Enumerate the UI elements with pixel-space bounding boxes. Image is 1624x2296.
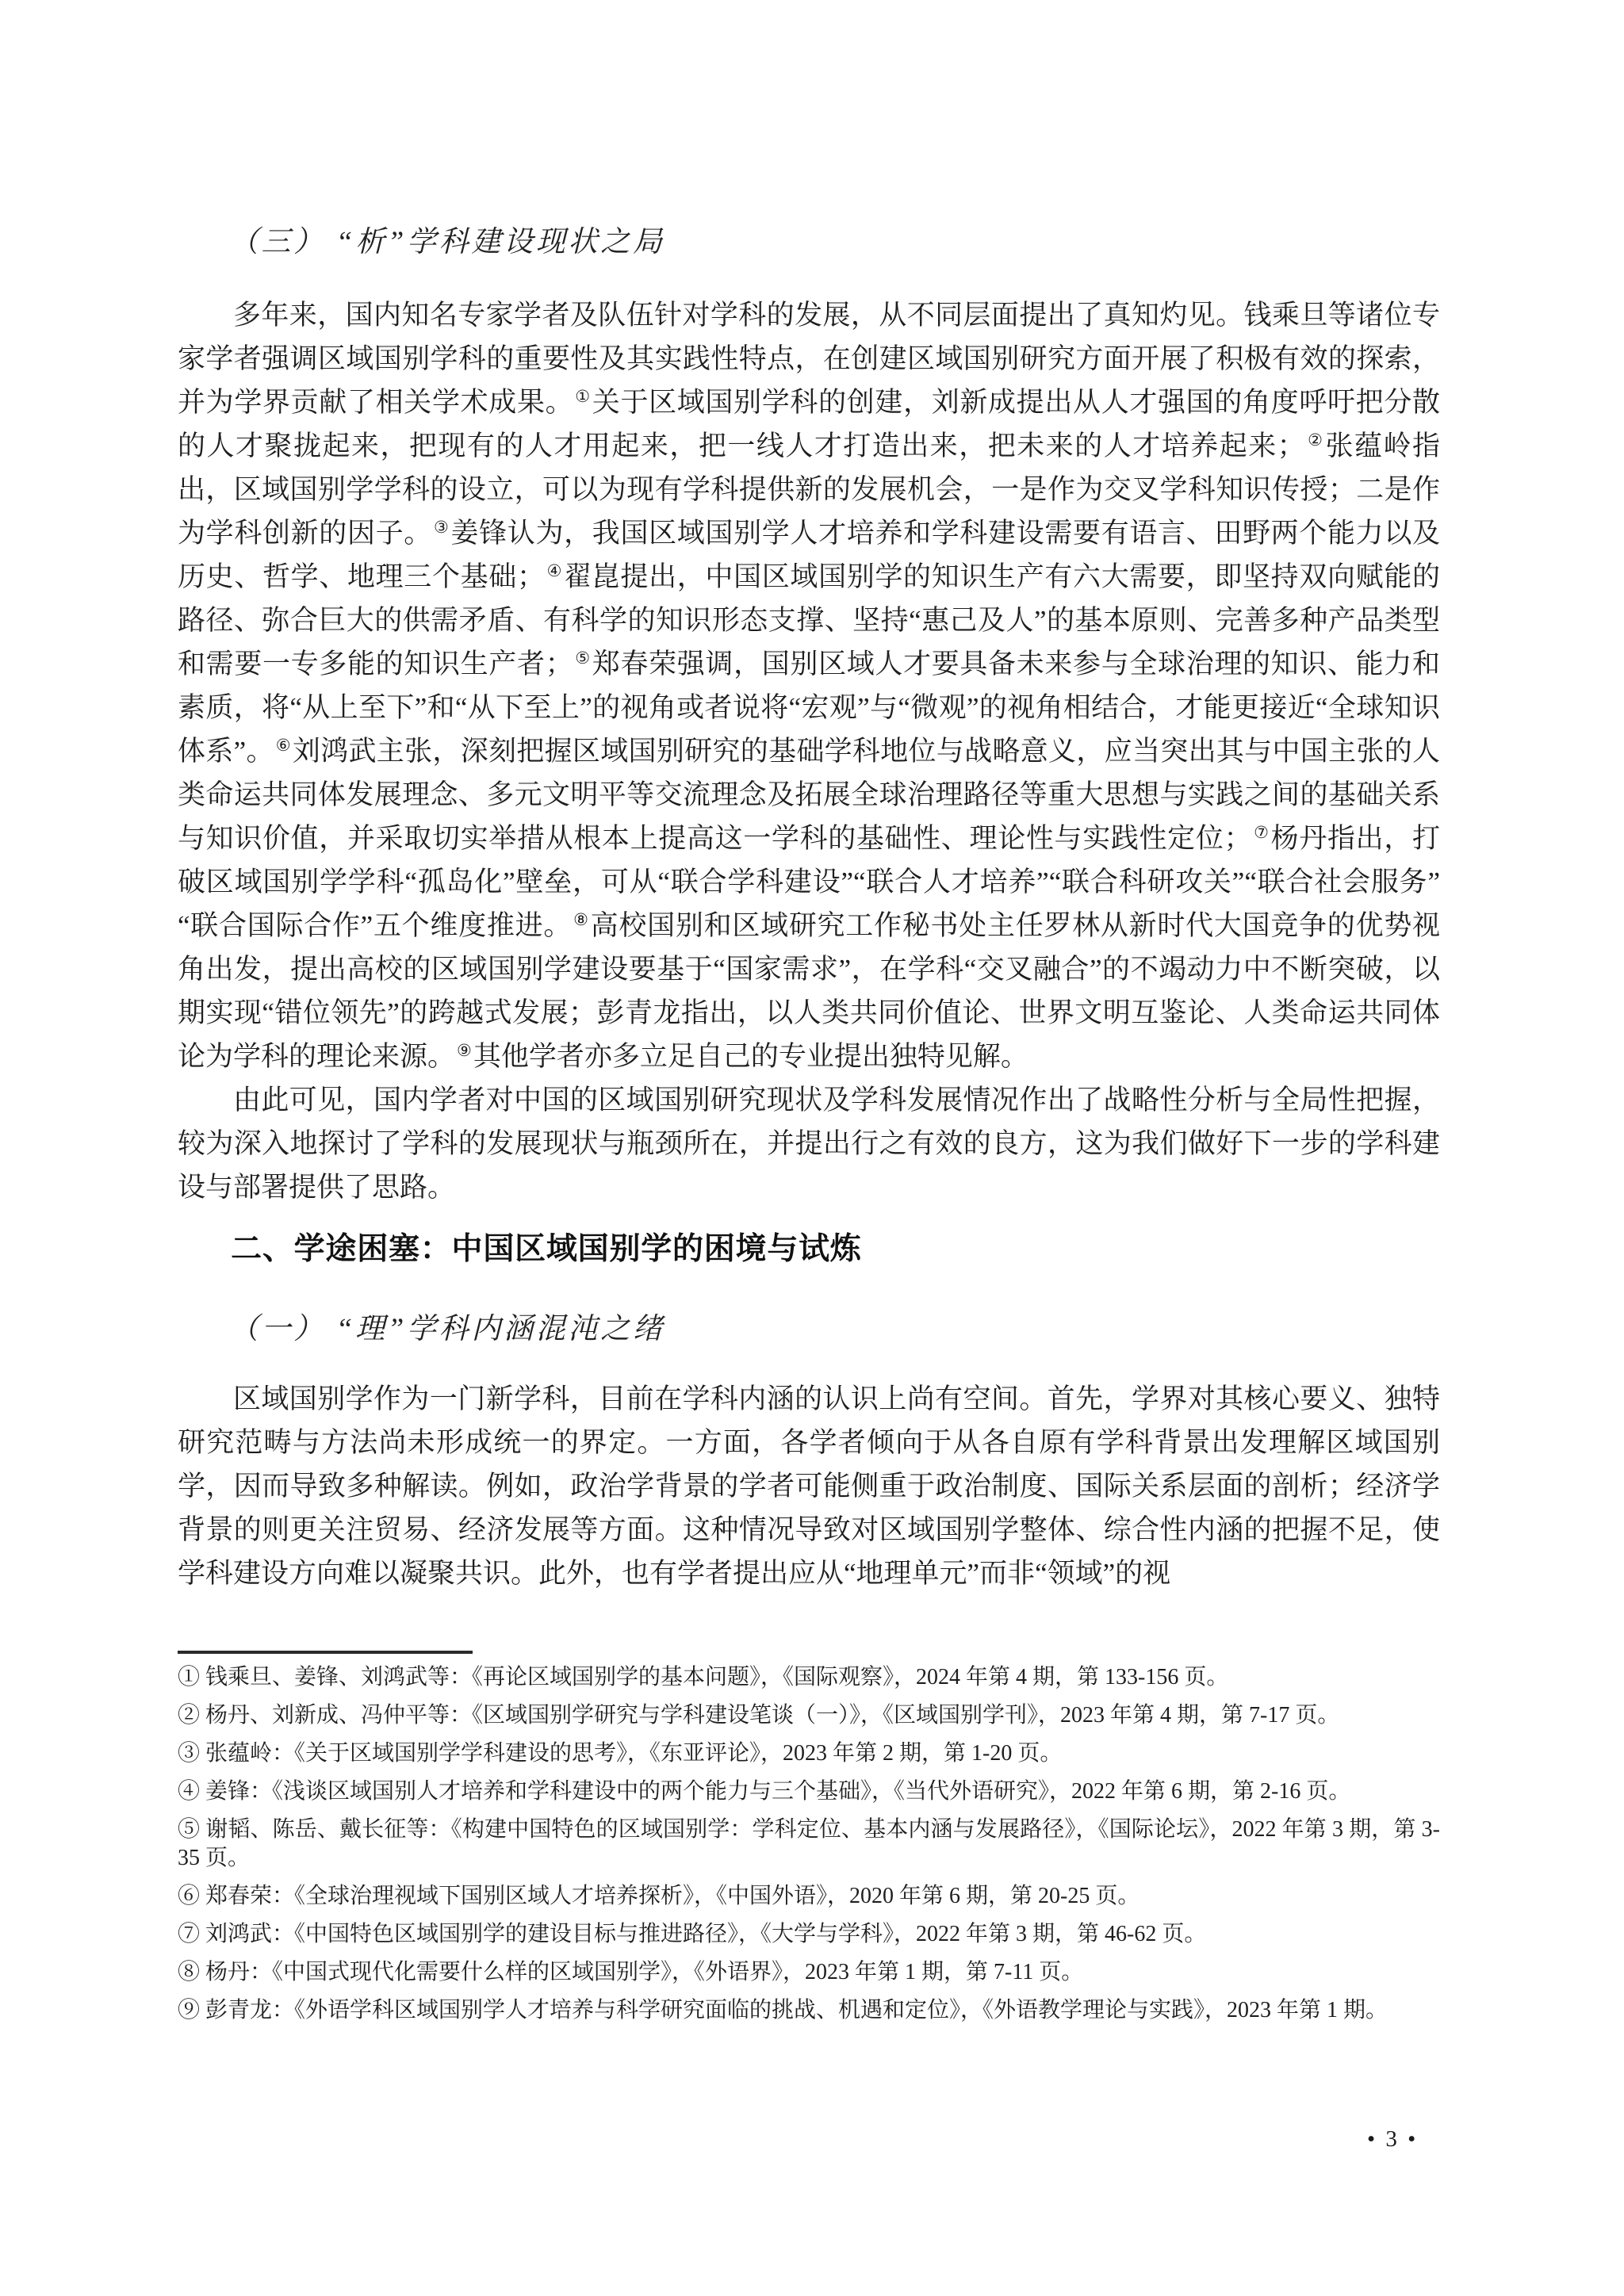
paragraph-discipline-connotation: 区域国别学作为一门新学科，目前在学科内涵的认识上尚有空间。首先，学界对其核心要义… (178, 1377, 1440, 1595)
paragraph-summary: 由此可见，国内学者对中国的区域国别研究现状及学科发展情况作出了战略性分析与全局性… (178, 1078, 1440, 1209)
footnote-1: ① 钱乘旦、姜锋、刘鸿武等：《再论区域国别学的基本问题》，《国际观察》，2024… (178, 1663, 1440, 1692)
footnote-9: ⑨ 彭青龙：《外语学科区域国别学人才培养与科学研究面临的挑战、机遇和定位》，《外… (178, 1996, 1440, 2025)
footnote-3: ③ 张蕴岭：《关于区域国别学学科建设的思考》，《东亚评论》，2023 年第 2 … (178, 1739, 1440, 1768)
footnote-separator (178, 1651, 473, 1654)
subsection-heading-analyze-status: （三） “析”学科建设现状之局 (178, 225, 1440, 260)
footnote-ref: ⑥ (274, 736, 293, 755)
document-page: （三） “析”学科建设现状之局 多年来，国内知名专家学者及队伍针对学科的发展，从… (0, 0, 1624, 2296)
footnote-8: ⑧ 杨丹：《中国式现代化需要什么样的区域国别学》，《外语界》，2023 年第 1… (178, 1958, 1440, 1987)
section-heading-difficulties: 二、学途困塞：中国区域国别学的困境与试炼 (178, 1230, 1440, 1269)
page-number: • 3 • (1367, 2126, 1418, 2152)
footnote-ref: ② (1305, 430, 1326, 450)
footnote-ref: ④ (545, 561, 564, 580)
footnotes-section: ① 钱乘旦、姜锋、刘鸿武等：《再论区域国别学的基本问题》，《国际观察》，2024… (178, 1651, 1440, 2025)
footnote-6: ⑥ 郑春荣：《全球治理视域下国别区域人才培养探析》，《中国外语》，2020 年第… (178, 1882, 1440, 1911)
article-body: （三） “析”学科建设现状之局 多年来，国内知名专家学者及队伍针对学科的发展，从… (178, 0, 1440, 1595)
footnote-4: ④ 姜锋：《浅谈区域国别人才培养和学科建设中的两个能力与三个基础》，《当代外语研… (178, 1777, 1440, 1806)
footnote-7: ⑦ 刘鸿武：《中国特色区域国别学的建设目标与推进路径》，《大学与学科》，2022… (178, 1920, 1440, 1949)
footnote-ref: ③ (432, 518, 451, 537)
footnote-ref: ⑨ (455, 1041, 473, 1060)
footnote-ref: ① (573, 387, 592, 406)
subsection-heading-connotation: （一） “理”学科内涵混沌之绪 (178, 1312, 1440, 1347)
footnote-ref: ⑤ (573, 649, 592, 668)
footnote-5: ⑤ 谢韬、陈岳、戴长征等：《构建中国特色的区域国别学：学科定位、基本内涵与发展路… (178, 1816, 1440, 1873)
footnote-2: ② 杨丹、刘新成、冯仲平等：《区域国别学研究与学科建设笔谈（一）》，《区域国别学… (178, 1701, 1440, 1730)
footnote-ref: ⑧ (572, 910, 591, 929)
paragraph-expert-views: 多年来，国内知名专家学者及队伍针对学科的发展，从不同层面提出了真知灼见。钱乘旦等… (178, 293, 1440, 1078)
footnote-ref: ⑦ (1252, 823, 1271, 842)
